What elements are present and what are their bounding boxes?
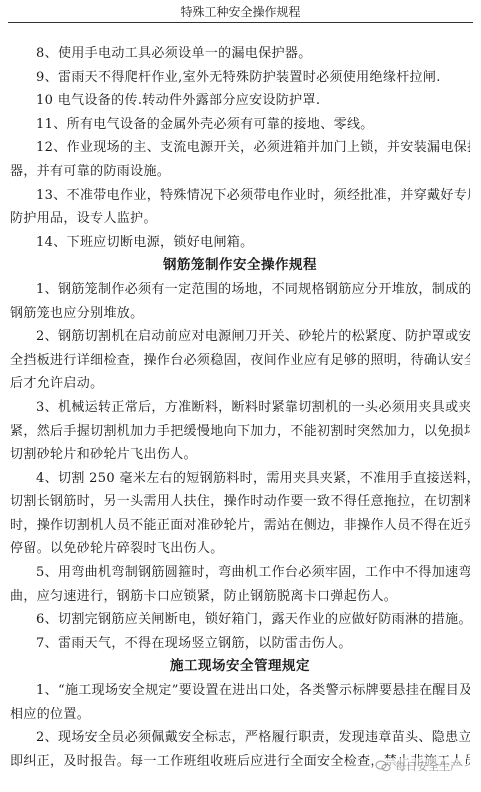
paragraph-line: 5、用弯曲机弯制钢筋圆箍时，弯曲机工作台必须牢固，工作中不得加速弯 (10, 561, 470, 585)
paragraph-line: 器，并有可靠的防雨设施。 (10, 160, 470, 184)
paragraph-line: 紧，然后手握切割机加力手把缓慢地向下加力，不能初割时突然加力，以免损坏 (10, 420, 470, 444)
section-rebar-cage: 钢筋笼制作安全操作规程 1、钢筋笼制作必须有一定范围的场地，不同规格钢筋应分开堆… (10, 254, 470, 655)
paragraph-line: 停留。以免砂轮片碎裂时飞出伤人。 (10, 537, 470, 561)
section-heading: 施工现场安全管理规定 (10, 655, 470, 679)
paragraph-line: 时，操作切割机人员不能正面对准砂轮片，需站在侧边，非操作人员不得在近旁 (10, 514, 470, 538)
header-rule (8, 22, 473, 23)
watermark: 每日安全生产 (373, 758, 463, 774)
paragraph-line: 13、不准带电作业，特殊情况下必须带电作业时，须经批准，并穿戴好专用 (10, 184, 470, 208)
paragraph-line: 相应的位置。 (10, 703, 470, 727)
section-heading: 钢筋笼制作安全操作规程 (10, 254, 470, 278)
paragraph-line: 8、使用手电动工具必须设单一的漏电保护器。 (10, 42, 470, 66)
paragraph-line: 2、钢筋切割机在启动前应对电源闸刀开关、砂轮片的松紧度、防护罩或安 (10, 325, 470, 349)
paragraph-line: 后才允许启动。 (10, 372, 470, 396)
paragraph-line: 切割砂轮片和砂轮片飞出伤人。 (10, 443, 470, 467)
paragraph-line: 10 电气设备的传.转动件外露部分应安设防护罩. (10, 89, 470, 113)
paragraph-line: 钢筋笼也应分别堆放。 (10, 302, 470, 326)
paragraph-line: 切割长钢筋时，另一头需用人扶住，操作时动作要一致不得任意拖拉，在切割料 (10, 490, 470, 514)
paragraph-line: 7、雷雨天气，不得在现场竖立钢筋，以防雷击伤人。 (10, 632, 470, 656)
wechat-icon (375, 760, 391, 772)
section-site-management: 施工现场安全管理规定 1、“施工现场安全规定”要设置在进出口处，各类警示标牌要悬… (10, 655, 470, 773)
paragraph-line: 2、现场安全员必须佩戴安全标志，严格履行职责，发现违章苗头、隐患立 (10, 726, 470, 750)
paragraph-line: 6、切割完钢筋应关闸断电，锁好箱门，露天作业的应做好防雨淋的措施。 (10, 608, 470, 632)
paragraph-line: 11、所有电气设备的金属外壳必须有可靠的接地、零线。 (10, 113, 470, 137)
paragraph-line: 防护用品，设专人监护。 (10, 207, 470, 231)
paragraph-line: 全挡板进行详细检查，操作台必须稳固，夜间作业应有足够的照明，待确认安全 (10, 349, 470, 373)
paragraph-line: 4、切割 250 毫米左右的短钢筋料时，需用夹具夹紧，不准用手直接送料， (10, 467, 470, 491)
document-body: 8、使用手电动工具必须设单一的漏电保护器。 9、雷雨天不得爬杆作业,室外无特殊防… (10, 42, 470, 773)
section-electrical: 8、使用手电动工具必须设单一的漏电保护器。 9、雷雨天不得爬杆作业,室外无特殊防… (10, 42, 470, 254)
paragraph-line: 12、作业现场的主、支流电源开关，必须进箱并加门上锁，并安装漏电保护 (10, 136, 470, 160)
paragraph-line: 3、机械运转正常后，方准断料，断料时紧靠切割机的一头必须用夹具或夹 (10, 396, 470, 420)
paragraph-line: 14、下班应切断电源，锁好电闸箱。 (10, 231, 470, 255)
paragraph-line: 1、钢筋笼制作必须有一定范围的场地，不同规格钢筋应分开堆放，制成的 (10, 278, 470, 302)
page-header: 特殊工种安全操作规程 (0, 4, 481, 20)
paragraph-line: 9、雷雨天不得爬杆作业,室外无特殊防护装置时必须使用绝缘杆拉闸. (10, 66, 470, 90)
watermark-text: 每日安全生产 (395, 758, 461, 774)
paragraph-line: 曲，应匀速进行，钢筋卡口应锁紧，防止钢筋脱离卡口弹起伤人。 (10, 585, 470, 609)
paragraph-line: 1、“施工现场安全规定”要设置在进出口处，各类警示标牌要悬挂在醒目及 (10, 679, 470, 703)
